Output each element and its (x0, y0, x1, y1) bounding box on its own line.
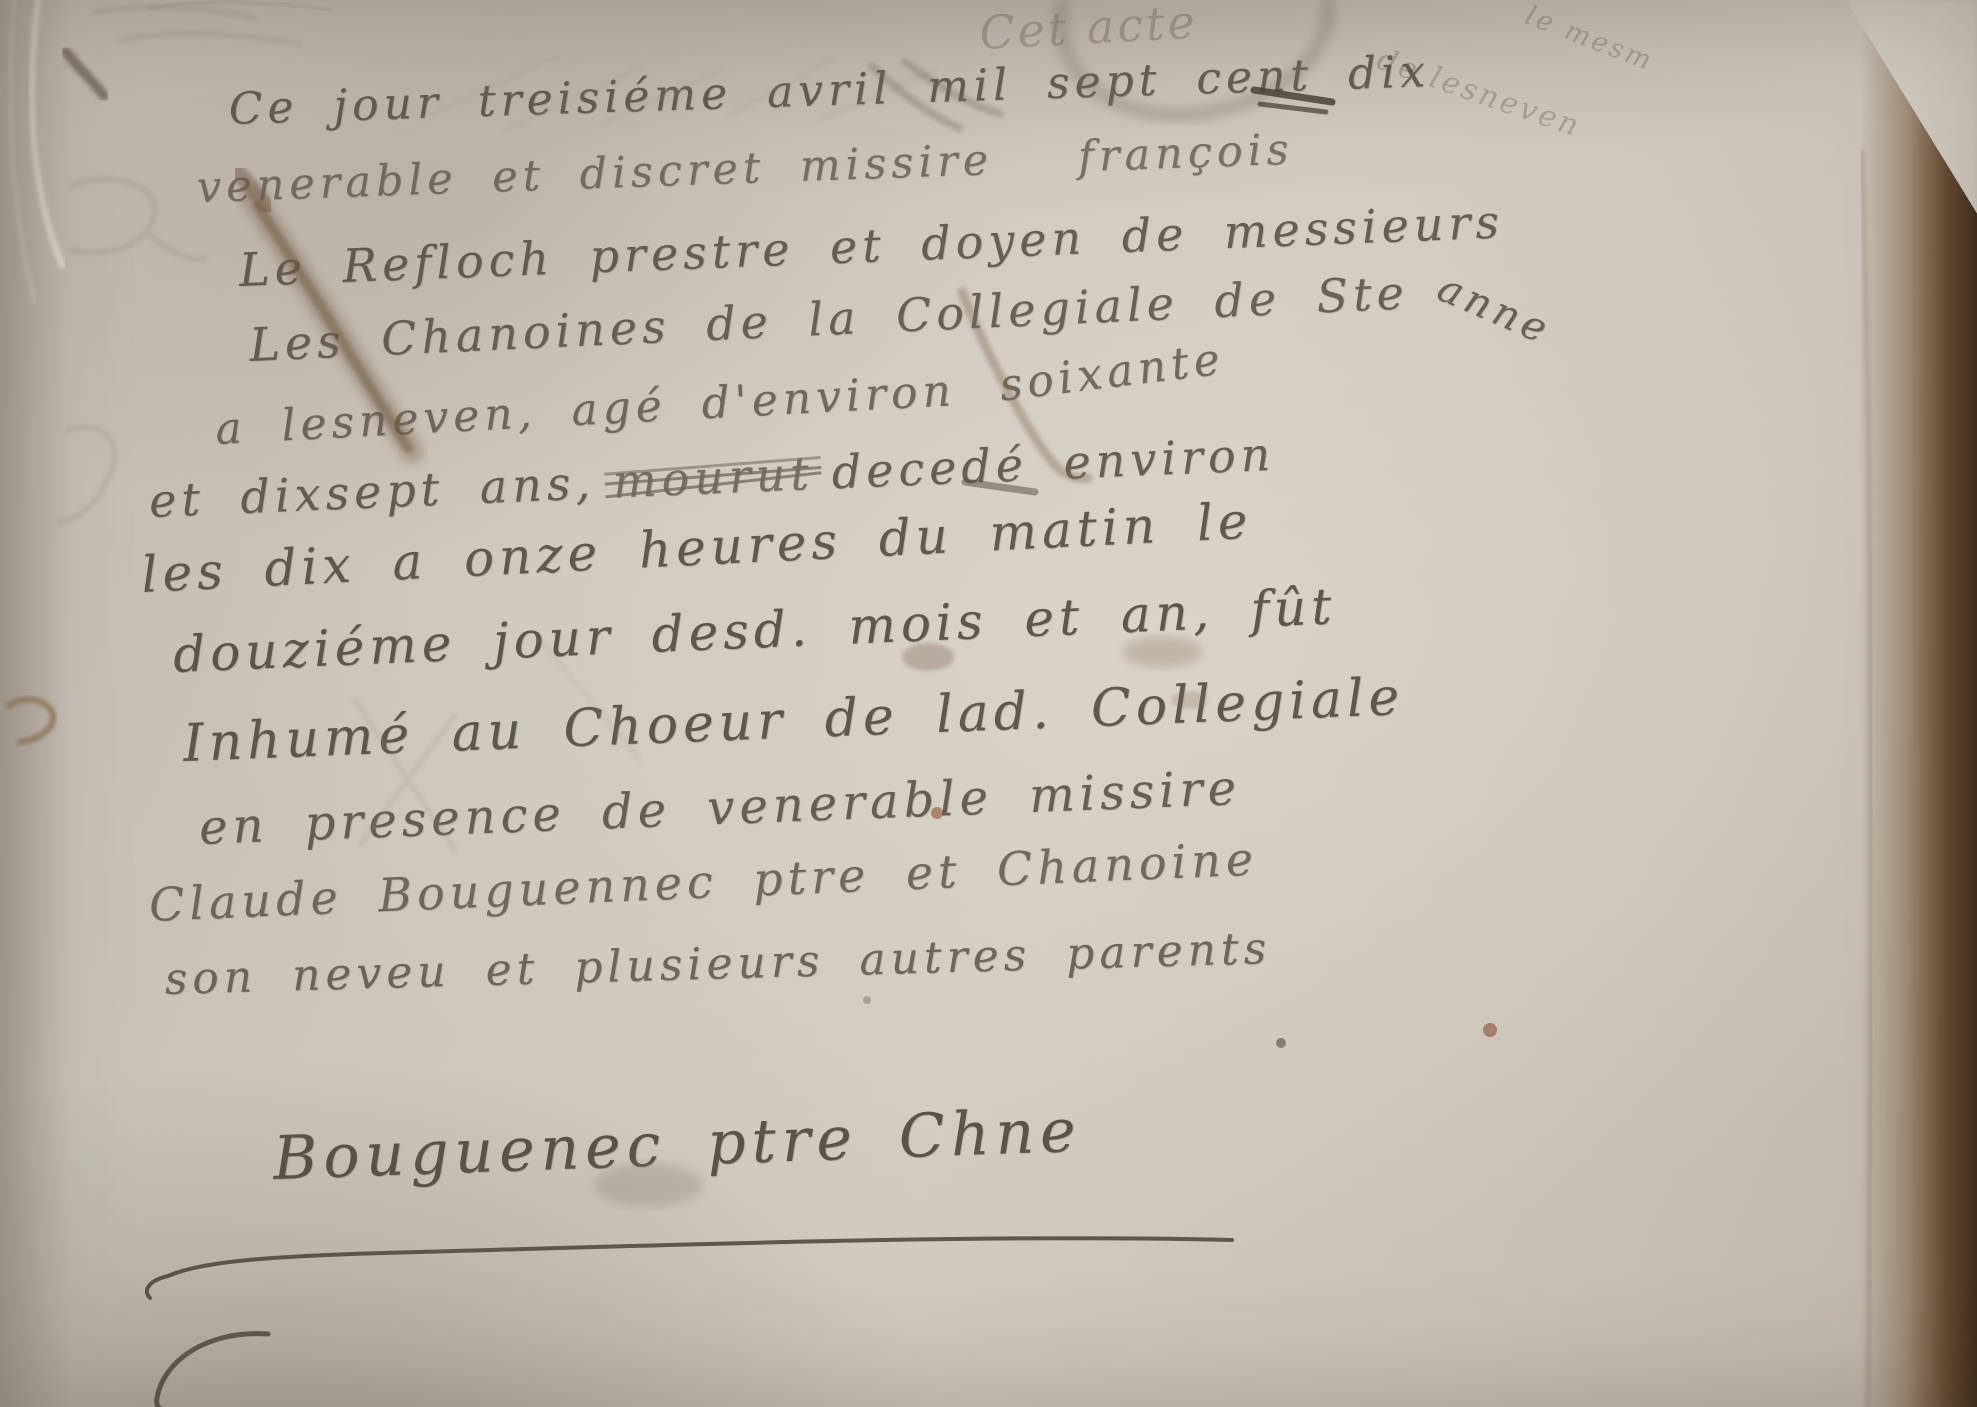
left-margin-mark (8, 699, 53, 742)
book-gutter-left (0, 0, 72, 1407)
book-page-edges (10, 0, 62, 300)
marginal-note-corner-1: le mesm (1521, 0, 1658, 77)
manuscript-line-12: son neveu et plusieurs autres parents (164, 923, 1272, 1005)
page-corner-top-right (1821, 0, 1977, 232)
marginal-note-top-right: Cet acte (978, 0, 1199, 60)
line-6-text-after: decedé environ (831, 427, 1277, 500)
signature-flourish (147, 1238, 1232, 1298)
line-2-tail: françois (1077, 125, 1294, 182)
line-4-tail: anne (1430, 265, 1558, 354)
next-entry-flourish (157, 1334, 268, 1407)
struck-out-word: mourut (612, 446, 815, 508)
manuscript-page-photo: Cet acte le mesm de lesneven Ce jour tre… (0, 0, 1977, 1407)
page-edge-right (1859, 0, 1977, 1407)
page-curl-shadow (1862, 150, 1871, 1407)
signature: Bouguenec ptre Chne (272, 1096, 1083, 1194)
manuscript-line-1: Ce jour treisiéme avril mil sept cent di… (228, 46, 1431, 135)
line-6-text: et dixsept ans, (148, 455, 596, 528)
line-5-tail: soixante (997, 333, 1228, 411)
manuscript-line-9: Inhumé au Choeur de lad. Collegiale (182, 667, 1405, 774)
line-5-text: a lesneven, agé d'environ (214, 365, 957, 455)
manuscript-line-2: venerable et discret missirefrançois (196, 125, 1294, 213)
line-2-text: venerable et discret missire (196, 135, 994, 213)
